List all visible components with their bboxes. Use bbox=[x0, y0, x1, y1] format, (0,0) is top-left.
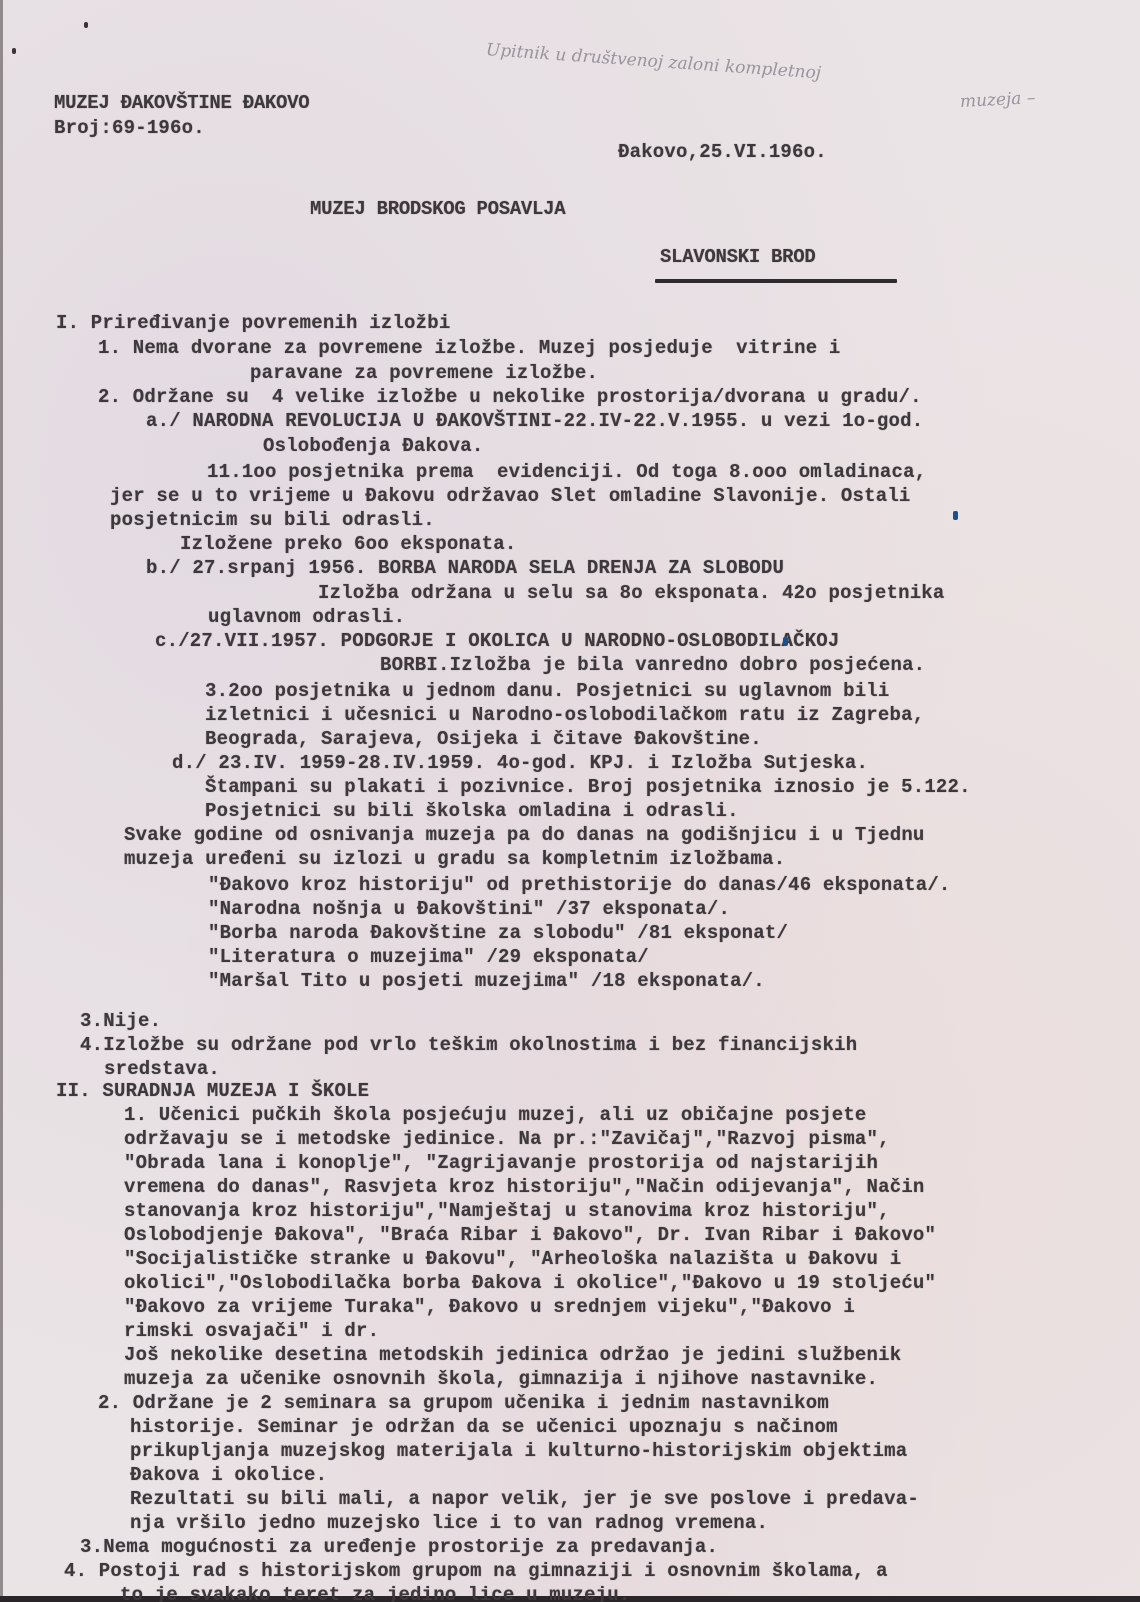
document-line: "Maršal Tito u posjeti muzejima" /18 eks… bbox=[208, 970, 765, 992]
document-line: d./ 23.IV. 1959-28.IV.1959. 4o-god. KPJ.… bbox=[172, 752, 868, 774]
ink-speck bbox=[12, 48, 16, 54]
document-line: BORBI.Izložba je bila vanredno dobro pos… bbox=[380, 654, 925, 676]
document-line: Posjetnici su bili školska omladina i od… bbox=[205, 800, 739, 822]
document-line: historije. Seminar je održan da se učeni… bbox=[130, 1416, 838, 1438]
document-line: c./27.VII.1957. PODGORJE I OKOLICA U NAR… bbox=[155, 630, 840, 652]
document-line: 2. Održane je 2 seminara sa grupom učeni… bbox=[98, 1392, 829, 1414]
document-line: okolici","Oslobodilačka borba Đakova i o… bbox=[124, 1272, 936, 1294]
ink-speck bbox=[84, 22, 88, 28]
document-line: uglavnom odrasli. bbox=[208, 606, 405, 628]
document-line: muzeja za učenike osnovnih škola, gimnaz… bbox=[124, 1368, 878, 1390]
document-line: Oslobođenja Đakova. bbox=[263, 435, 483, 457]
document-line: posjetnicim su bili odrasli. bbox=[110, 509, 435, 531]
institution-name: MUZEJ ĐAKOVŠTINE ĐAKOVO bbox=[54, 92, 309, 114]
document-line: "Literatura o muzejima" /29 eksponata/ bbox=[208, 946, 649, 968]
document-line: Još nekolike desetina metodskih jedinica… bbox=[124, 1344, 901, 1366]
document-line: Oslobodjenje Đakova", "Braća Ribar i Đak… bbox=[124, 1224, 936, 1246]
recipient-name: MUZEJ BRODSKOG POSAVLJA bbox=[310, 198, 565, 220]
document-line: a./ NARODNA REVOLUCIJA U ĐAKOVŠTINI-22.I… bbox=[146, 410, 923, 432]
place-date: Đakovo,25.VI.196o. bbox=[618, 141, 827, 163]
document-line: 3.2oo posjetnika u jednom danu. Posjetni… bbox=[205, 680, 890, 702]
document-line: 1. Nema dvorane za povremene izložbe. Mu… bbox=[98, 337, 841, 359]
document-line: paravane za povremene izložbe. bbox=[250, 362, 598, 384]
document-line: Svake godine od osnivanja muzeja pa do d… bbox=[124, 824, 925, 846]
document-line: muzeja uređeni su izlozi u gradu sa komp… bbox=[124, 848, 785, 870]
recipient-city: SLAVONSKI BROD bbox=[660, 246, 815, 268]
document-line: Rezultati su bili mali, a napor velik, j… bbox=[130, 1488, 919, 1510]
ink-mark bbox=[953, 511, 958, 520]
document-line: održavaju se i metodske jedinice. Na pr.… bbox=[124, 1128, 890, 1150]
ink-mark bbox=[783, 637, 788, 646]
document-line: I. Priređivanje povremenih izložbi bbox=[56, 312, 450, 334]
document-line: Đakova i okolice. bbox=[130, 1464, 327, 1486]
document-line: stanovanja kroz historiju","Namještaj u … bbox=[124, 1200, 890, 1222]
document-line: 11.1oo posjetnika prema evidenciji. Od t… bbox=[207, 461, 926, 483]
document-line: 3.Nema mogućnosti za uređenje prostorije… bbox=[80, 1536, 718, 1558]
document-line: Beograda, Sarajeva, Osijeka i čitave Đak… bbox=[205, 728, 762, 750]
document-line: 2. Održane su 4 velike izložbe u nekolik… bbox=[98, 386, 922, 408]
document-line: Izložba održana u selu sa 8o eksponata. … bbox=[318, 582, 945, 604]
document-line: "Narodna nošnja u Đakovštini" /37 ekspon… bbox=[208, 898, 730, 920]
document-line: II. SURADNJA MUZEJA I ŠKOLE bbox=[56, 1080, 369, 1102]
document-line: "Socijalističke stranke u Đakovu", "Arhe… bbox=[124, 1248, 901, 1270]
document-line: jer se u to vrijeme u Đakovu održavao Sl… bbox=[110, 485, 911, 507]
document-line: vremena do danas", Rasvjeta kroz histori… bbox=[124, 1176, 925, 1198]
document-line: "Borba naroda Đakovštine za slobodu" /81… bbox=[208, 922, 788, 944]
page-edge bbox=[0, 0, 3, 1602]
handwritten-note-line: Upitnik u društvenoj zaloni kompletnoj bbox=[485, 40, 821, 83]
document-line: b./ 27.srpanj 1956. BORBA NARODA SELA DR… bbox=[146, 557, 784, 579]
document-line: to je svakako teret za jedino lice u muz… bbox=[120, 1584, 630, 1602]
document-line: 4.Izložbe su održane pod vrlo teškim oko… bbox=[80, 1034, 857, 1056]
recipient-underline bbox=[655, 279, 897, 283]
document-line: "Obrada lana i konoplje", "Zagrijavanje … bbox=[124, 1152, 878, 1174]
handwritten-note-line: muzeja – bbox=[959, 88, 1035, 112]
document-line: 4. Postoji rad s historijskom grupom na … bbox=[64, 1560, 888, 1582]
document-line: Štampani su plakati i pozivnice. Broj po… bbox=[205, 776, 971, 798]
document-line: "Đakovo za vrijeme Turaka", Đakovo u sre… bbox=[124, 1296, 855, 1318]
document-line: rimski osvajači" i dr. bbox=[124, 1320, 379, 1342]
document-line: izletnici i učesnici u Narodno-oslobodil… bbox=[205, 704, 924, 726]
document-line: prikupljanja muzejskog materijala i kult… bbox=[130, 1440, 907, 1462]
document-line: 3.Nije. bbox=[80, 1010, 161, 1032]
document-line: 1. Učenici pučkih škola posjećuju muzej,… bbox=[124, 1104, 867, 1126]
document-line: sredstava. bbox=[104, 1058, 220, 1080]
document-line: Izložene preko 6oo eksponata. bbox=[180, 533, 516, 555]
document-line: "Đakovo kroz historiju" od prethistorije… bbox=[208, 874, 951, 896]
reference-number: Broj:69-196o. bbox=[54, 117, 205, 139]
document-line: nja vršilo jedno muzejsko lice i to van … bbox=[130, 1512, 768, 1534]
